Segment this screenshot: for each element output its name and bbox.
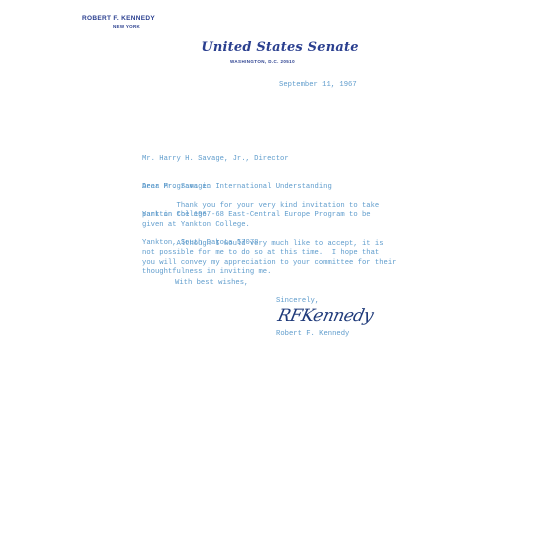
handwritten-signature: RFKennedy [276,306,375,326]
letterhead-address: WASHINGTON, D.C. 20510 [230,59,295,64]
letter-date: September 11, 1967 [279,81,357,90]
complimentary-close: Sincerely, [276,297,319,306]
letterhead-sender-name: ROBERT F. KENNEDY [82,15,155,22]
body-paragraph: Although I would very much like to accep… [142,240,396,278]
recipient-line: Mr. Harry H. Savage, Jr., Director [142,155,332,164]
body-paragraph: Thank you for your very kind invitation … [142,202,379,230]
salutation: Dear Mr. Savage: [142,183,211,192]
closing-wishes: With best wishes, [175,279,248,288]
letterhead-institution: United States Senate [200,40,360,55]
letterhead-sender-state: NEW YORK [113,24,140,29]
signer-name: Robert F. Kennedy [276,330,349,339]
